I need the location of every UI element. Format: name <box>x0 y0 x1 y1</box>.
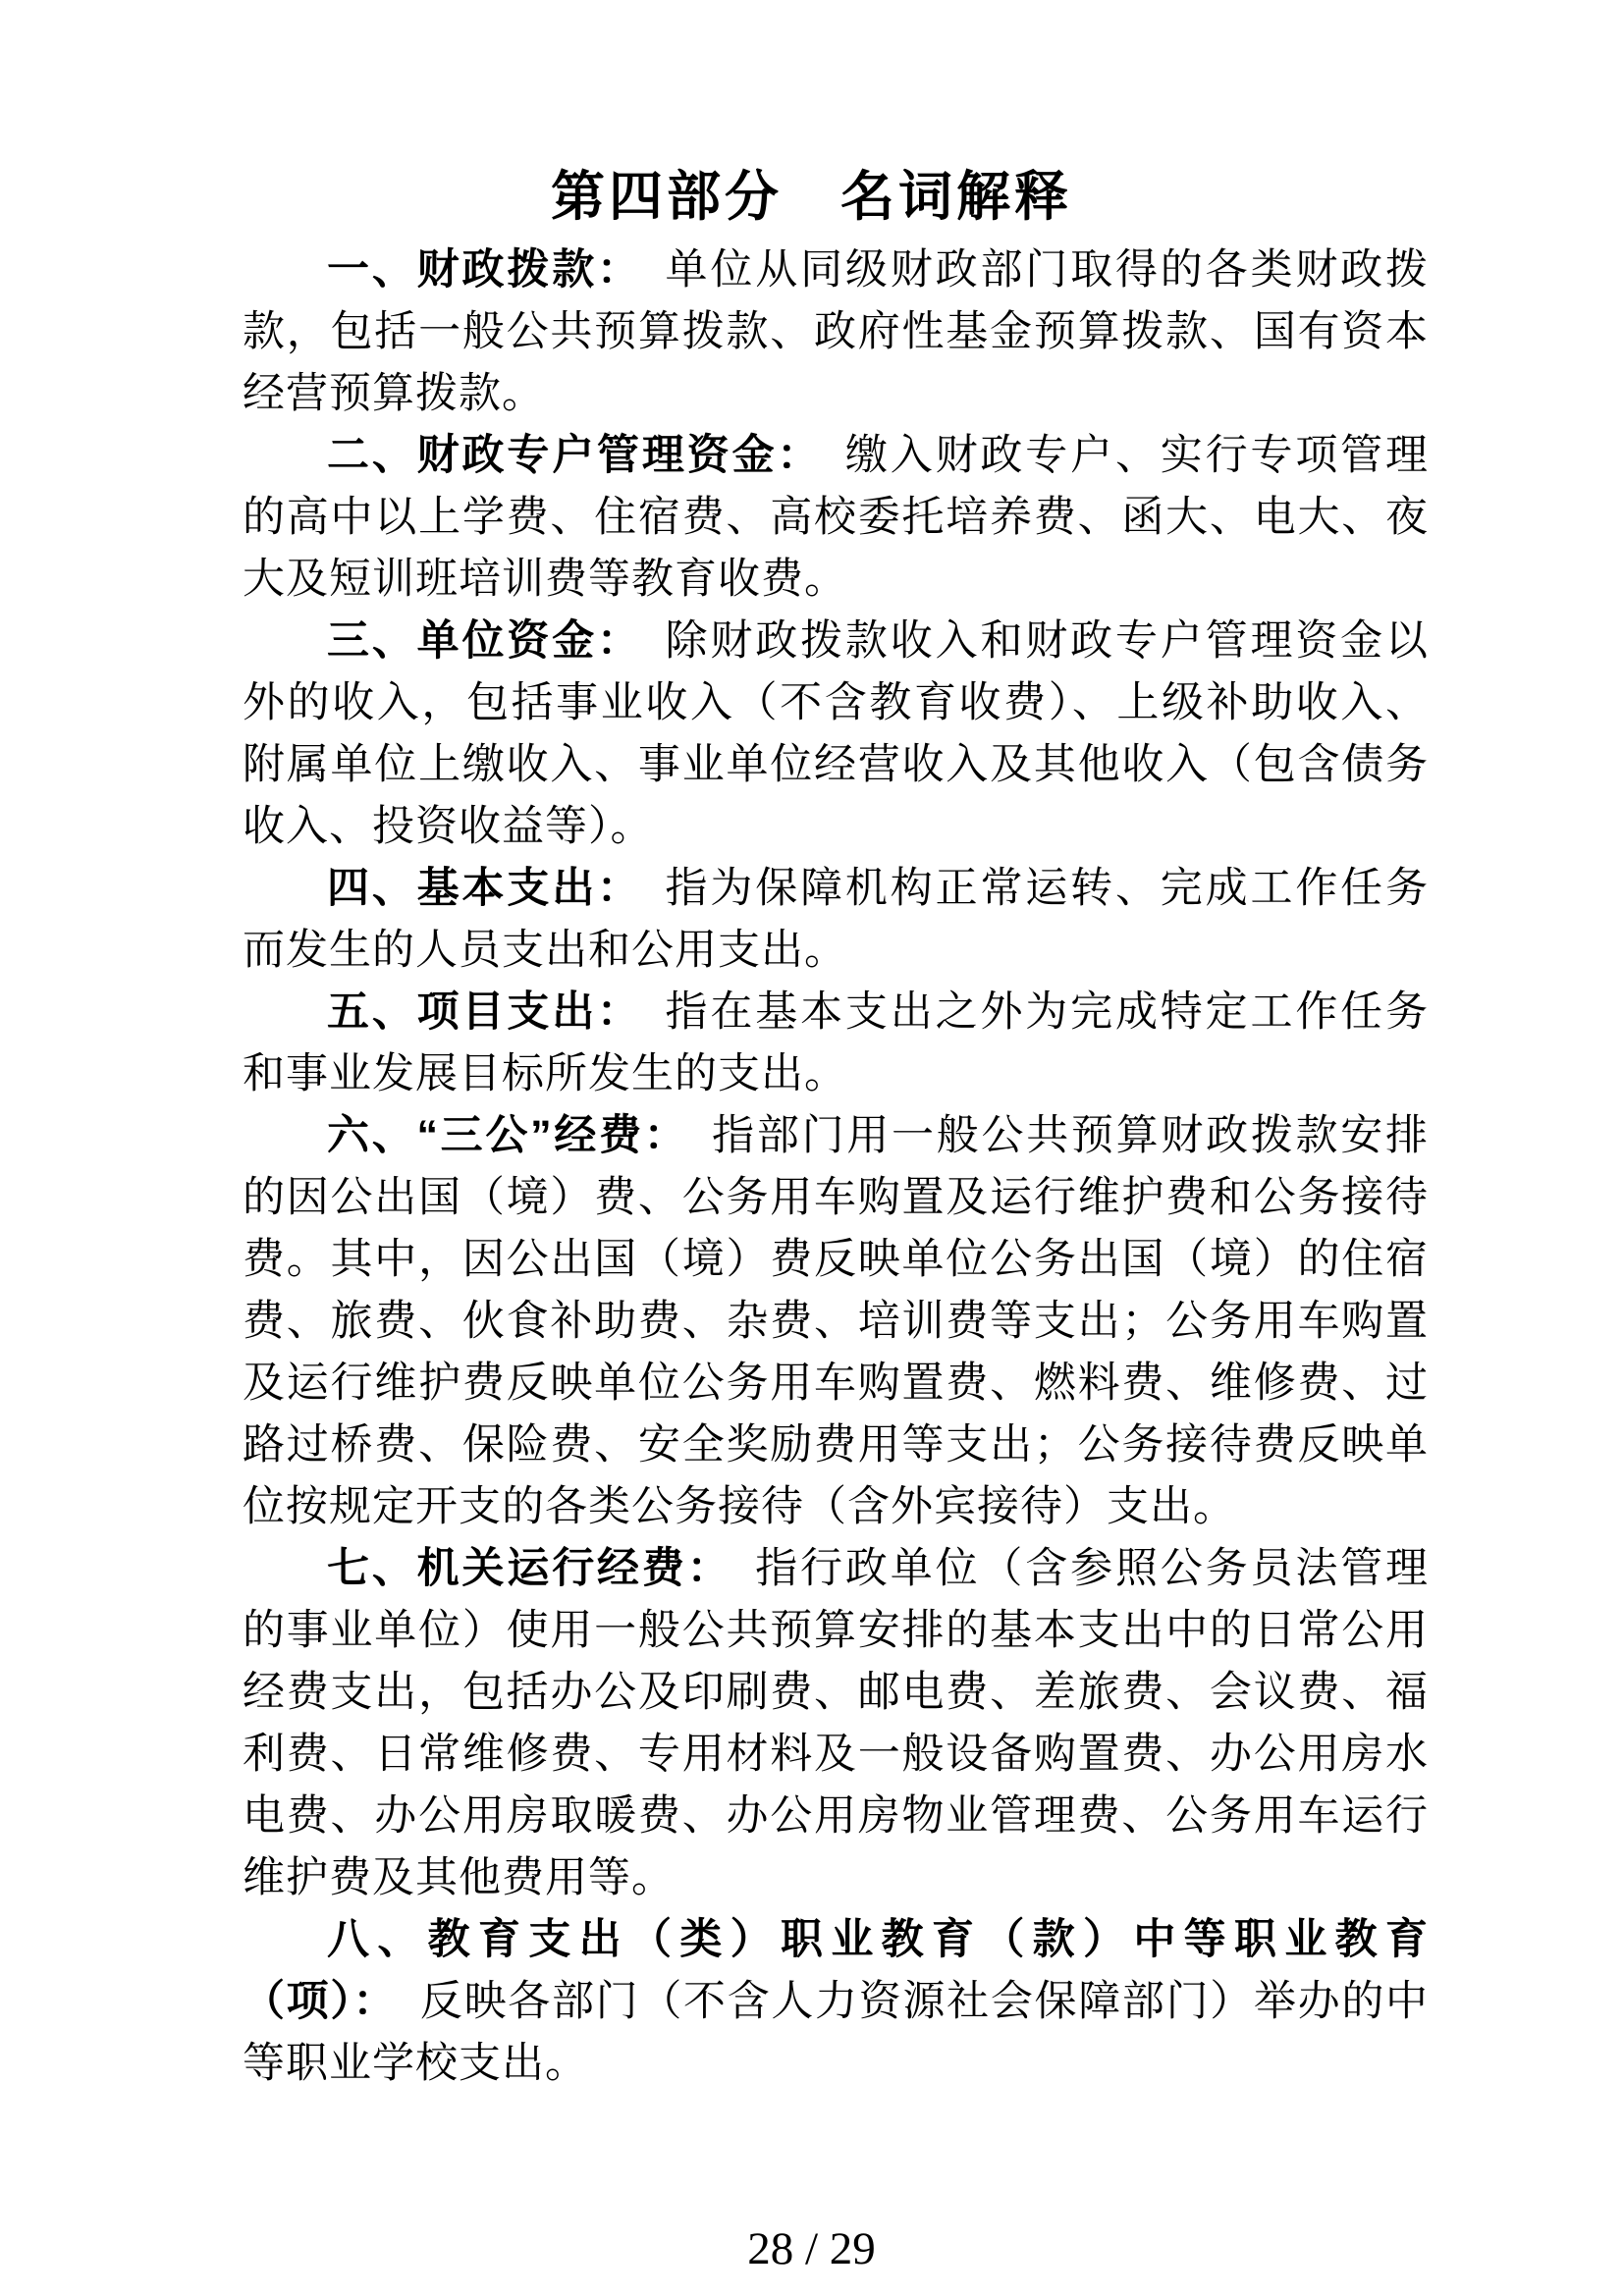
term-label-special-fiscal-account-funds: 二、财政专户管理资金： <box>327 432 822 479</box>
term-label-fiscal-appropriation: 一、财政拨款： <box>327 246 642 294</box>
term-label-unit-funds: 三、单位资金： <box>327 617 642 665</box>
definition-paragraph-5: 五、项目支出：指在基本支出之外为完成特定工作任务和事业发展目标所发生的支出。 <box>243 982 1429 1105</box>
term-definition: 指部门用一般公共预算财政拨款安排的因公出国（境）费、公务用车购置及运行维护费和公… <box>243 1113 1429 1530</box>
page-number: 28 / 29 <box>0 2224 1623 2273</box>
definition-paragraph-8: 八、教育支出（类）职业教育（款）中等职业教育（项）：反映各部门（不含人力资源社会… <box>243 1909 1429 2095</box>
term-label-agency-operating-funds: 七、机关运行经费： <box>327 1545 732 1592</box>
definition-paragraph-3: 三、单位资金：除财政拨款收入和财政专户管理资金以外的收入，包括事业收入（不含教育… <box>243 611 1429 858</box>
document-page: 第四部分 名词解释 一、财政拨款：单位从同级财政部门取得的各类财政拨款，包括一般… <box>0 0 1623 2296</box>
term-label-project-expenditure: 五、项目支出： <box>327 988 642 1036</box>
definition-paragraph-4: 四、基本支出：指为保障机构正常运转、完成工作任务而发生的人员支出和公用支出。 <box>243 858 1429 982</box>
term-label-basic-expenditure: 四、基本支出： <box>327 865 642 912</box>
definition-paragraph-6: 六、“三公”经费：指部门用一般公共预算财政拨款安排的因公出国（境）费、公务用车购… <box>243 1105 1429 1538</box>
term-label-three-public-expenses: 六、“三公”经费： <box>327 1112 689 1159</box>
definition-paragraph-1: 一、财政拨款：单位从同级财政部门取得的各类财政拨款，包括一般公共预算拨款、政府性… <box>243 240 1429 425</box>
document-body: 一、财政拨款：单位从同级财政部门取得的各类财政拨款，包括一般公共预算拨款、政府性… <box>243 240 1429 2095</box>
term-definition: 指行政单位（含参照公务员法管理的事业单位）使用一般公共预算安排的基本支出中的日常… <box>243 1546 1429 1901</box>
term-definition: 反映各部门（不含人力资源社会保障部门）举办的中等职业学校支出。 <box>243 1979 1429 2087</box>
definition-paragraph-7: 七、机关运行经费：指行政单位（含参照公务员法管理的事业单位）使用一般公共预算安排… <box>243 1538 1429 1909</box>
page-title: 第四部分 名词解释 <box>0 155 1623 240</box>
definition-paragraph-2: 二、财政专户管理资金：缴入财政专户、实行专项管理的高中以上学费、住宿费、高校委托… <box>243 425 1429 611</box>
